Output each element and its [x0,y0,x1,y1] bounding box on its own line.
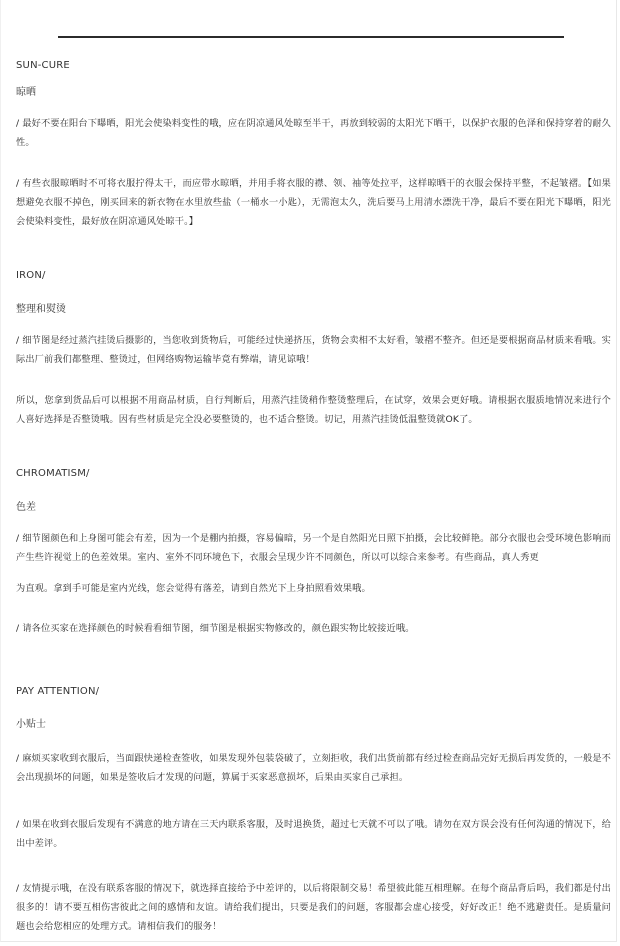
section-title-cn-sun-cure: 晾晒 [16,87,611,99]
section-title-en-pay-attention: PAY ATTENTION/ [16,686,611,698]
section-title-cn-iron: 整理和熨烫 [16,304,611,316]
paragraph-chromatism-3: / 请各位买家在选择颜色的时候看看细节图，细节图是根据实物修改的，颜色跟实物比较… [16,619,611,638]
top-divider [58,36,564,38]
section-title-cn-pay-attention: 小贴士 [16,719,611,731]
paragraph-iron-2: 所以，您拿到货品后可以根据不用商品材质，自行判断后，用蒸汽挂烫稍作整烫整理后，在… [16,391,611,429]
paragraph-sun-cure-1: / 最好不要在阳台下曝晒，阳光会使染料变性的哦，应在阴凉通风处晾至半干，再放到较… [16,114,611,152]
paragraph-iron-1: / 细节图是经过蒸汽挂烫后摄影的，当您收到货物后，可能经过快递挤压，货物会卖相不… [16,331,611,369]
paragraph-sun-cure-2: / 有些衣服晾晒时不可将衣服拧得太干，而应带水晾晒，并用手将衣服的襟、领、袖等处… [16,174,611,231]
paragraph-pay-attention-2: / 如果在收到衣服后发现有不满意的地方请在三天内联系客服，及时退换货，超过七天就… [16,815,611,853]
paragraph-pay-attention-1: / 麻烦买家收到衣服后，当面跟快递检查签收，如果发现外包装袋破了，立刻拒收，我们… [16,749,611,787]
section-title-en-sun-cure: SUN-CURE [16,60,611,72]
paragraph-pay-attention-3: / 友情提示哦，在没有联系客服的情况下，就选择直接给予中差评的，以后将限制交易！… [16,879,611,936]
product-care-notice-page: SUN-CURE 晾晒 / 最好不要在阳台下曝晒，阳光会使染料变性的哦，应在阴凉… [0,0,617,942]
section-title-en-chromatism: CHROMATISM/ [16,468,611,480]
section-title-cn-chromatism: 色差 [16,502,611,514]
section-title-en-iron: IRON/ [16,270,611,282]
paragraph-chromatism-1: / 细节图颜色和上身图可能会有差，因为一个是棚内拍摄，容易偏暗，另一个是自然阳光… [16,529,611,567]
paragraph-chromatism-2: 为直观。拿到手可能是室内光线，您会觉得有落差，请到自然光下上身拍照看效果哦。 [16,579,611,598]
